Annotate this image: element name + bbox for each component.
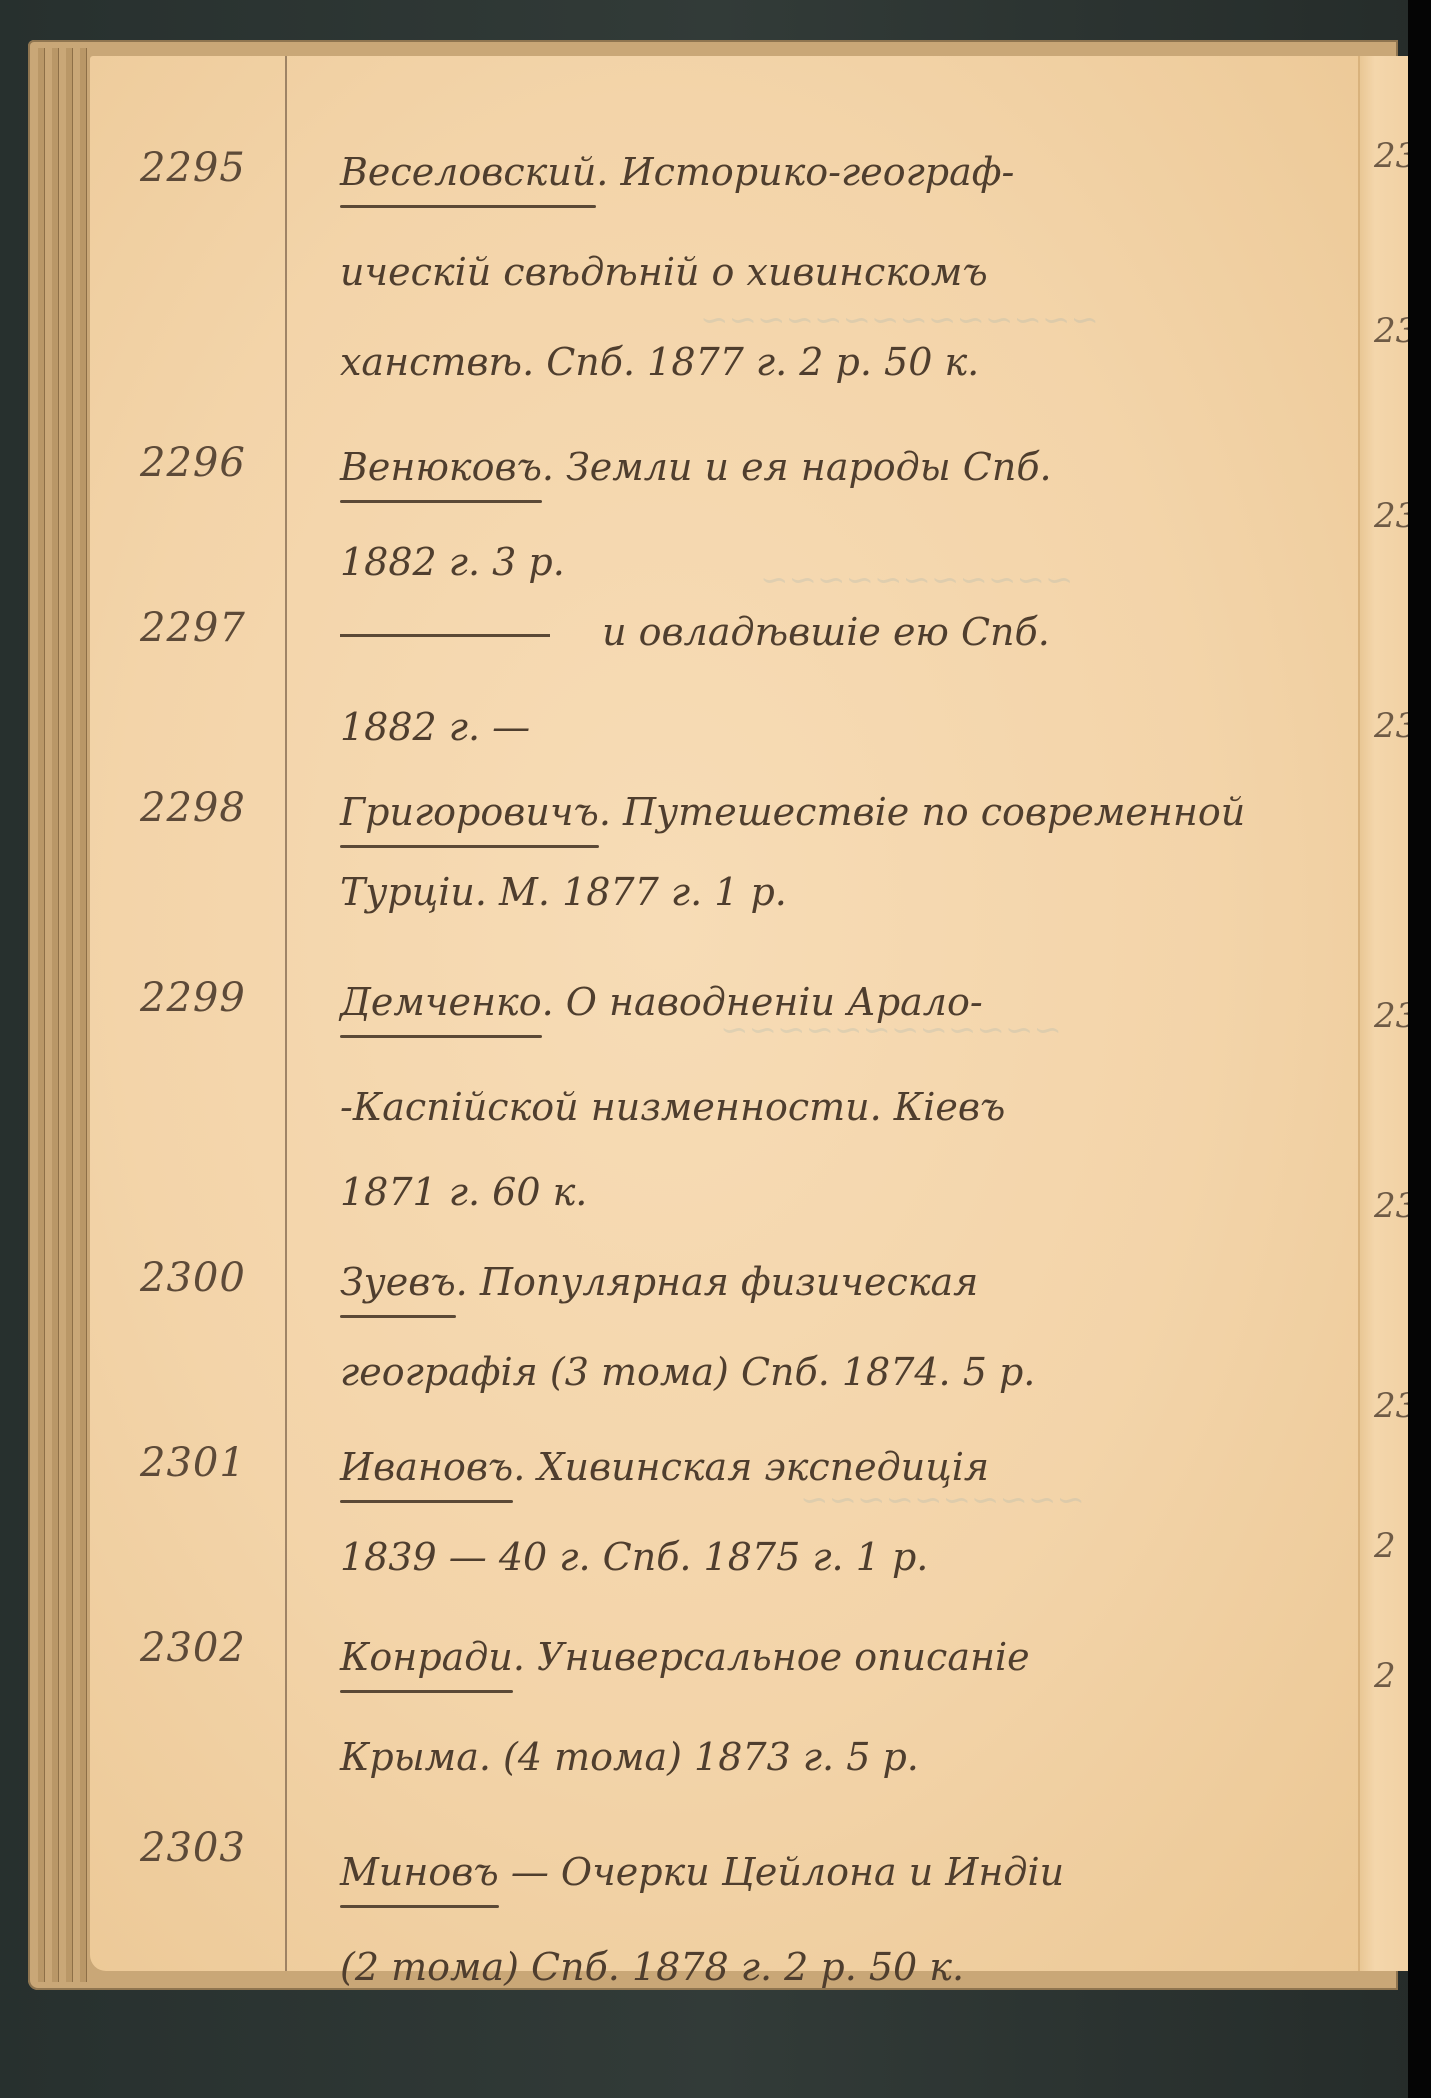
entry-author: Миновъ bbox=[340, 1850, 499, 1894]
entry-title: О наводненіи Арало- bbox=[566, 980, 983, 1024]
entry-number: 2296 bbox=[140, 440, 280, 486]
entry-title: Хивинская экспедиція bbox=[537, 1445, 989, 1489]
entry-line: 1882 г. 3 р. bbox=[340, 540, 1340, 584]
entry-number: 2295 bbox=[140, 145, 280, 191]
entry-line: Ивановъ. Хивинская экспедиція bbox=[340, 1445, 1340, 1489]
entry-title: Земли и ея народы Спб. bbox=[566, 445, 1052, 489]
entry-line: Миновъ — Очерки Цейлона и Индіи bbox=[340, 1850, 1340, 1894]
entry-author: Конради bbox=[340, 1635, 513, 1679]
entry-title: Путешествіе по современной bbox=[623, 790, 1245, 834]
entry-number: 2300 bbox=[140, 1255, 280, 1301]
entry-author: Веселовский bbox=[340, 150, 596, 194]
ink-bleed: ~~~~~~~~~~~~~~ bbox=[700, 300, 1099, 340]
entry-line: Зуевъ. Популярная физическая bbox=[340, 1260, 1340, 1304]
entry-line: Конради. Универсальное описаніе bbox=[340, 1635, 1340, 1679]
adjacent-page: 23 23 23 23 23 23 23 2 2 bbox=[1358, 56, 1410, 1971]
entry-author: Демченко bbox=[340, 980, 542, 1024]
entry-title: Универсальное описаніе bbox=[537, 1635, 1030, 1679]
page-edge bbox=[66, 48, 73, 1982]
entry-author: Ивановъ bbox=[340, 1445, 513, 1489]
entry-line: Григоровичъ. Путешествіе по современной bbox=[340, 790, 1340, 834]
entry-line: 1882 г. — bbox=[340, 705, 1340, 749]
binding-edge bbox=[1408, 0, 1431, 2098]
entry-author: Венюковъ bbox=[340, 445, 542, 489]
entry-line: Венюковъ. Земли и ея народы Спб. bbox=[340, 445, 1340, 489]
entry-number: 2301 bbox=[140, 1440, 280, 1486]
entry-author: Зуевъ bbox=[340, 1260, 456, 1304]
entry-title: Очерки Цейлона и Индіи bbox=[561, 1850, 1064, 1894]
page-edge bbox=[38, 48, 45, 1982]
entry-title: Историко-географ- bbox=[620, 150, 1014, 194]
entry-line: (2 тома) Спб. 1878 г. 2 р. 50 к. bbox=[340, 1945, 1340, 1989]
entry-line: 1871 г. 60 к. bbox=[340, 1170, 1340, 1214]
entry-line: и овладѣвшіе ею Спб. bbox=[340, 610, 1340, 654]
entry-line: географія (3 тома) Спб. 1874. 5 р. bbox=[340, 1350, 1340, 1394]
partial-entry-number: 2 bbox=[1374, 1656, 1396, 1696]
entry-line: -Каспійской низменности. Кіевъ bbox=[340, 1085, 1340, 1129]
entry-number: 2303 bbox=[140, 1825, 280, 1871]
entry-number: 2302 bbox=[140, 1625, 280, 1671]
entry-line: 1839 — 40 г. Спб. 1875 г. 1 р. bbox=[340, 1535, 1340, 1579]
entry-line: Крыма. (4 тома) 1873 г. 5 р. bbox=[340, 1735, 1340, 1779]
entry-number: 2297 bbox=[140, 605, 280, 651]
partial-entry-number: 2 bbox=[1374, 1526, 1396, 1566]
page-edge bbox=[52, 48, 59, 1982]
entry-title: и овладѣвшіе ею Спб. bbox=[602, 610, 1050, 654]
ditto-mark bbox=[340, 634, 550, 637]
entry-number: 2298 bbox=[140, 785, 280, 831]
entry-title: Популярная физическая bbox=[480, 1260, 978, 1304]
page-edge bbox=[80, 48, 87, 1982]
entry-author: Григоровичъ bbox=[340, 790, 599, 834]
entry-line: Демченко. О наводненіи Арало- bbox=[340, 980, 1340, 1024]
entry-line: Веселовский. Историко-географ- bbox=[340, 150, 1340, 194]
margin-rule bbox=[285, 56, 287, 1971]
entry-line: ическій свѣдѣній о хивинскомъ bbox=[340, 250, 1340, 294]
entry-line: Турціи. М. 1877 г. 1 р. bbox=[340, 870, 1340, 914]
entry-line: ханствѣ. Спб. 1877 г. 2 р. 50 к. bbox=[340, 340, 1340, 384]
entry-number: 2299 bbox=[140, 975, 280, 1021]
